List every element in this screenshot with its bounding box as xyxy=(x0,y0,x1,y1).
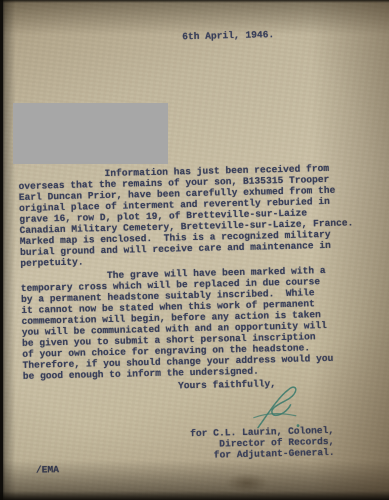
signature-block: for C.L. Laurin, Colonel, Director of Re… xyxy=(184,425,335,461)
handwritten-signature-icon xyxy=(250,382,311,431)
photo-edge-left xyxy=(0,0,5,500)
reference-initials: /EMA xyxy=(36,464,59,476)
letter-photograph: 6th April, 1946. Information has just be… xyxy=(0,0,389,500)
body-paragraph-2: The grave will have been marked with a t… xyxy=(20,265,333,382)
redacted-address-block xyxy=(13,103,168,164)
photo-edge-top xyxy=(0,0,389,3)
letter-date: 6th April, 1946. xyxy=(182,29,274,42)
photo-edge-bottom xyxy=(0,491,389,500)
letter-page: 6th April, 1946. Information has just be… xyxy=(0,0,389,500)
body-paragraph-1: Information has just been received from … xyxy=(18,162,354,269)
